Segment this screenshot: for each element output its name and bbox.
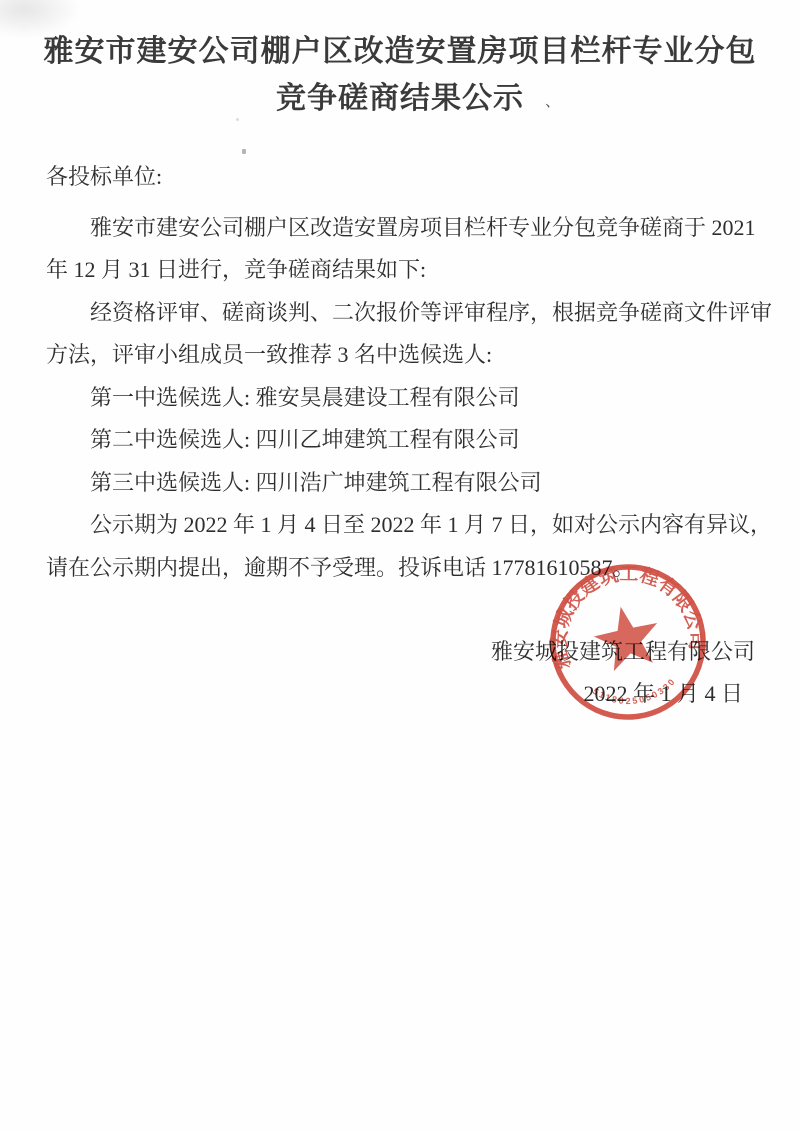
stray-pen-mark: 、 [545, 90, 560, 111]
body-line: 年 12 月 31 日进行，竞争磋商结果如下: [46, 249, 755, 292]
body-line: 雅安市建安公司棚户区改造安置房项目栏杆专业分包竞争磋商于 2021 [46, 207, 755, 250]
salutation-line: 各投标单位: [46, 156, 755, 199]
body-line: 方法，评审小组成员一致推荐 3 名中选候选人: [46, 334, 755, 377]
seal-star-icon [589, 600, 665, 674]
scan-speck [236, 118, 239, 121]
company-seal-stamp: 雅安城投建筑工程有限公司 5118025050330 [538, 552, 719, 733]
announcement-page: 雅安市建安公司棚户区改造安置房项目栏杆专业分包 竞争磋商结果公示 、 各投标单位… [0, 0, 800, 1131]
document-title: 雅安市建安公司棚户区改造安置房项目栏杆专业分包 竞争磋商结果公示 [0, 0, 800, 122]
candidate-line-3: 第三中选候选人: 四川浩广坤建筑工程有限公司 [46, 462, 755, 505]
scan-smudge [0, 0, 81, 38]
candidate-line-1: 第一中选候选人: 雅安昊晨建设工程有限公司 [46, 377, 755, 420]
body-line: 公示期为 2022 年 1 月 4 日至 2022 年 1 月 7 日，如对公示… [46, 504, 755, 547]
title-line-2: 竞争磋商结果公示 [0, 75, 800, 122]
document-body: 各投标单位: 雅安市建安公司棚户区改造安置房项目栏杆专业分包竞争磋商于 2021… [46, 156, 755, 589]
candidate-line-2: 第二中选候选人: 四川乙坤建筑工程有限公司 [46, 419, 755, 462]
body-line: 经资格评审、磋商谈判、二次报价等评审程序，根据竞争磋商文件评审 [46, 292, 755, 335]
scan-speck [242, 149, 246, 154]
title-line-1: 雅安市建安公司棚户区改造安置房项目栏杆专业分包 [0, 28, 800, 75]
